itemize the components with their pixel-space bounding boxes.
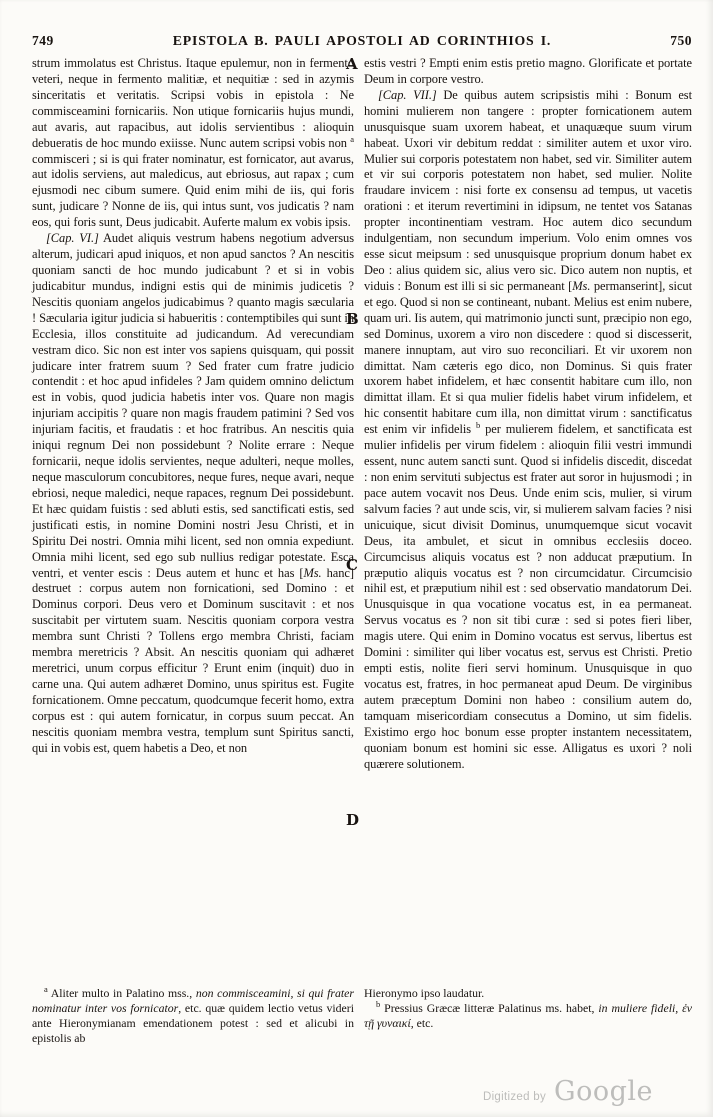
right-page-number: 750: [632, 33, 692, 49]
text-segment: Audet aliquis vestrum habens negotium ad…: [32, 231, 354, 579]
page-header: 749 EPISTOLA B. PAULI APOSTOLI AD CORINT…: [32, 33, 692, 49]
margin-letter-c: C: [346, 556, 358, 574]
italic-text: [Cap. VI.]: [46, 231, 99, 245]
italic-text: Ms.: [303, 566, 321, 580]
footnote-right: Hieronymo ipso laudatur.b Pressius Græcæ…: [364, 986, 692, 1031]
text-segment: Aliter multo in Palatino mss.,: [48, 986, 196, 1000]
running-title: EPISTOLA B. PAULI APOSTOLI AD CORINTHIOS…: [92, 33, 632, 49]
margin-letter-b: B: [346, 310, 359, 328]
text-column-left: strum immolatus est Christus. Itaque epu…: [32, 56, 354, 757]
text-segment: De quibus autem scripsistis mihi : Bonum…: [364, 88, 692, 293]
paragraph: a Aliter multo in Palatino mss., non com…: [32, 986, 354, 1046]
italic-text: Ms.: [572, 279, 590, 293]
paragraph: [Cap. VII.] De quibus autem scripsistis …: [364, 88, 692, 773]
footnote-marker: a: [350, 133, 354, 143]
text-segment: etc.: [414, 1016, 434, 1030]
text-segment: Hieronymo ipso laudatur.: [364, 986, 484, 1000]
paragraph: strum immolatus est Christus. Itaque epu…: [32, 56, 354, 231]
watermark: Digitized by Google: [0, 1076, 653, 1107]
paragraph: Hieronymo ipso laudatur.: [364, 986, 692, 1001]
text-column-right: estis vestri ? Empti enim estis pretio m…: [364, 56, 692, 772]
left-page-number: 749: [32, 33, 92, 49]
text-segment: strum immolatus est Christus. Itaque epu…: [32, 56, 354, 150]
text-segment: estis vestri ? Empti enim estis pretio m…: [364, 56, 692, 86]
text-segment: commisceri ; si is qui frater nominatur,…: [32, 152, 354, 230]
text-segment: Pressius Græcæ litteræ Palatinus ms. hab…: [380, 1001, 598, 1015]
italic-text: [Cap. VII.]: [378, 88, 437, 102]
margin-letter-d: D: [346, 811, 359, 829]
paragraph: b Pressius Græcæ litteræ Palatinus ms. h…: [364, 1001, 692, 1031]
scanned-page: 749 EPISTOLA B. PAULI APOSTOLI AD CORINT…: [0, 0, 713, 1117]
digitized-by-label: Digitized by: [483, 1091, 546, 1103]
text-segment: per mulierem fidelem, et sanctificata es…: [364, 422, 692, 770]
margin-letter-a: A: [346, 55, 358, 73]
google-logo: Google: [554, 1076, 653, 1107]
paragraph: [Cap. VI.] Audet aliquis vestrum habens …: [32, 231, 354, 756]
footnote-left: a Aliter multo in Palatino mss., non com…: [32, 986, 354, 1046]
text-segment: permanserint], sicut et ego. Quod si non…: [364, 279, 692, 436]
text-segment: hanc] destruet : corpus autem non fornic…: [32, 566, 354, 755]
paragraph: estis vestri ? Empti enim estis pretio m…: [364, 56, 692, 88]
